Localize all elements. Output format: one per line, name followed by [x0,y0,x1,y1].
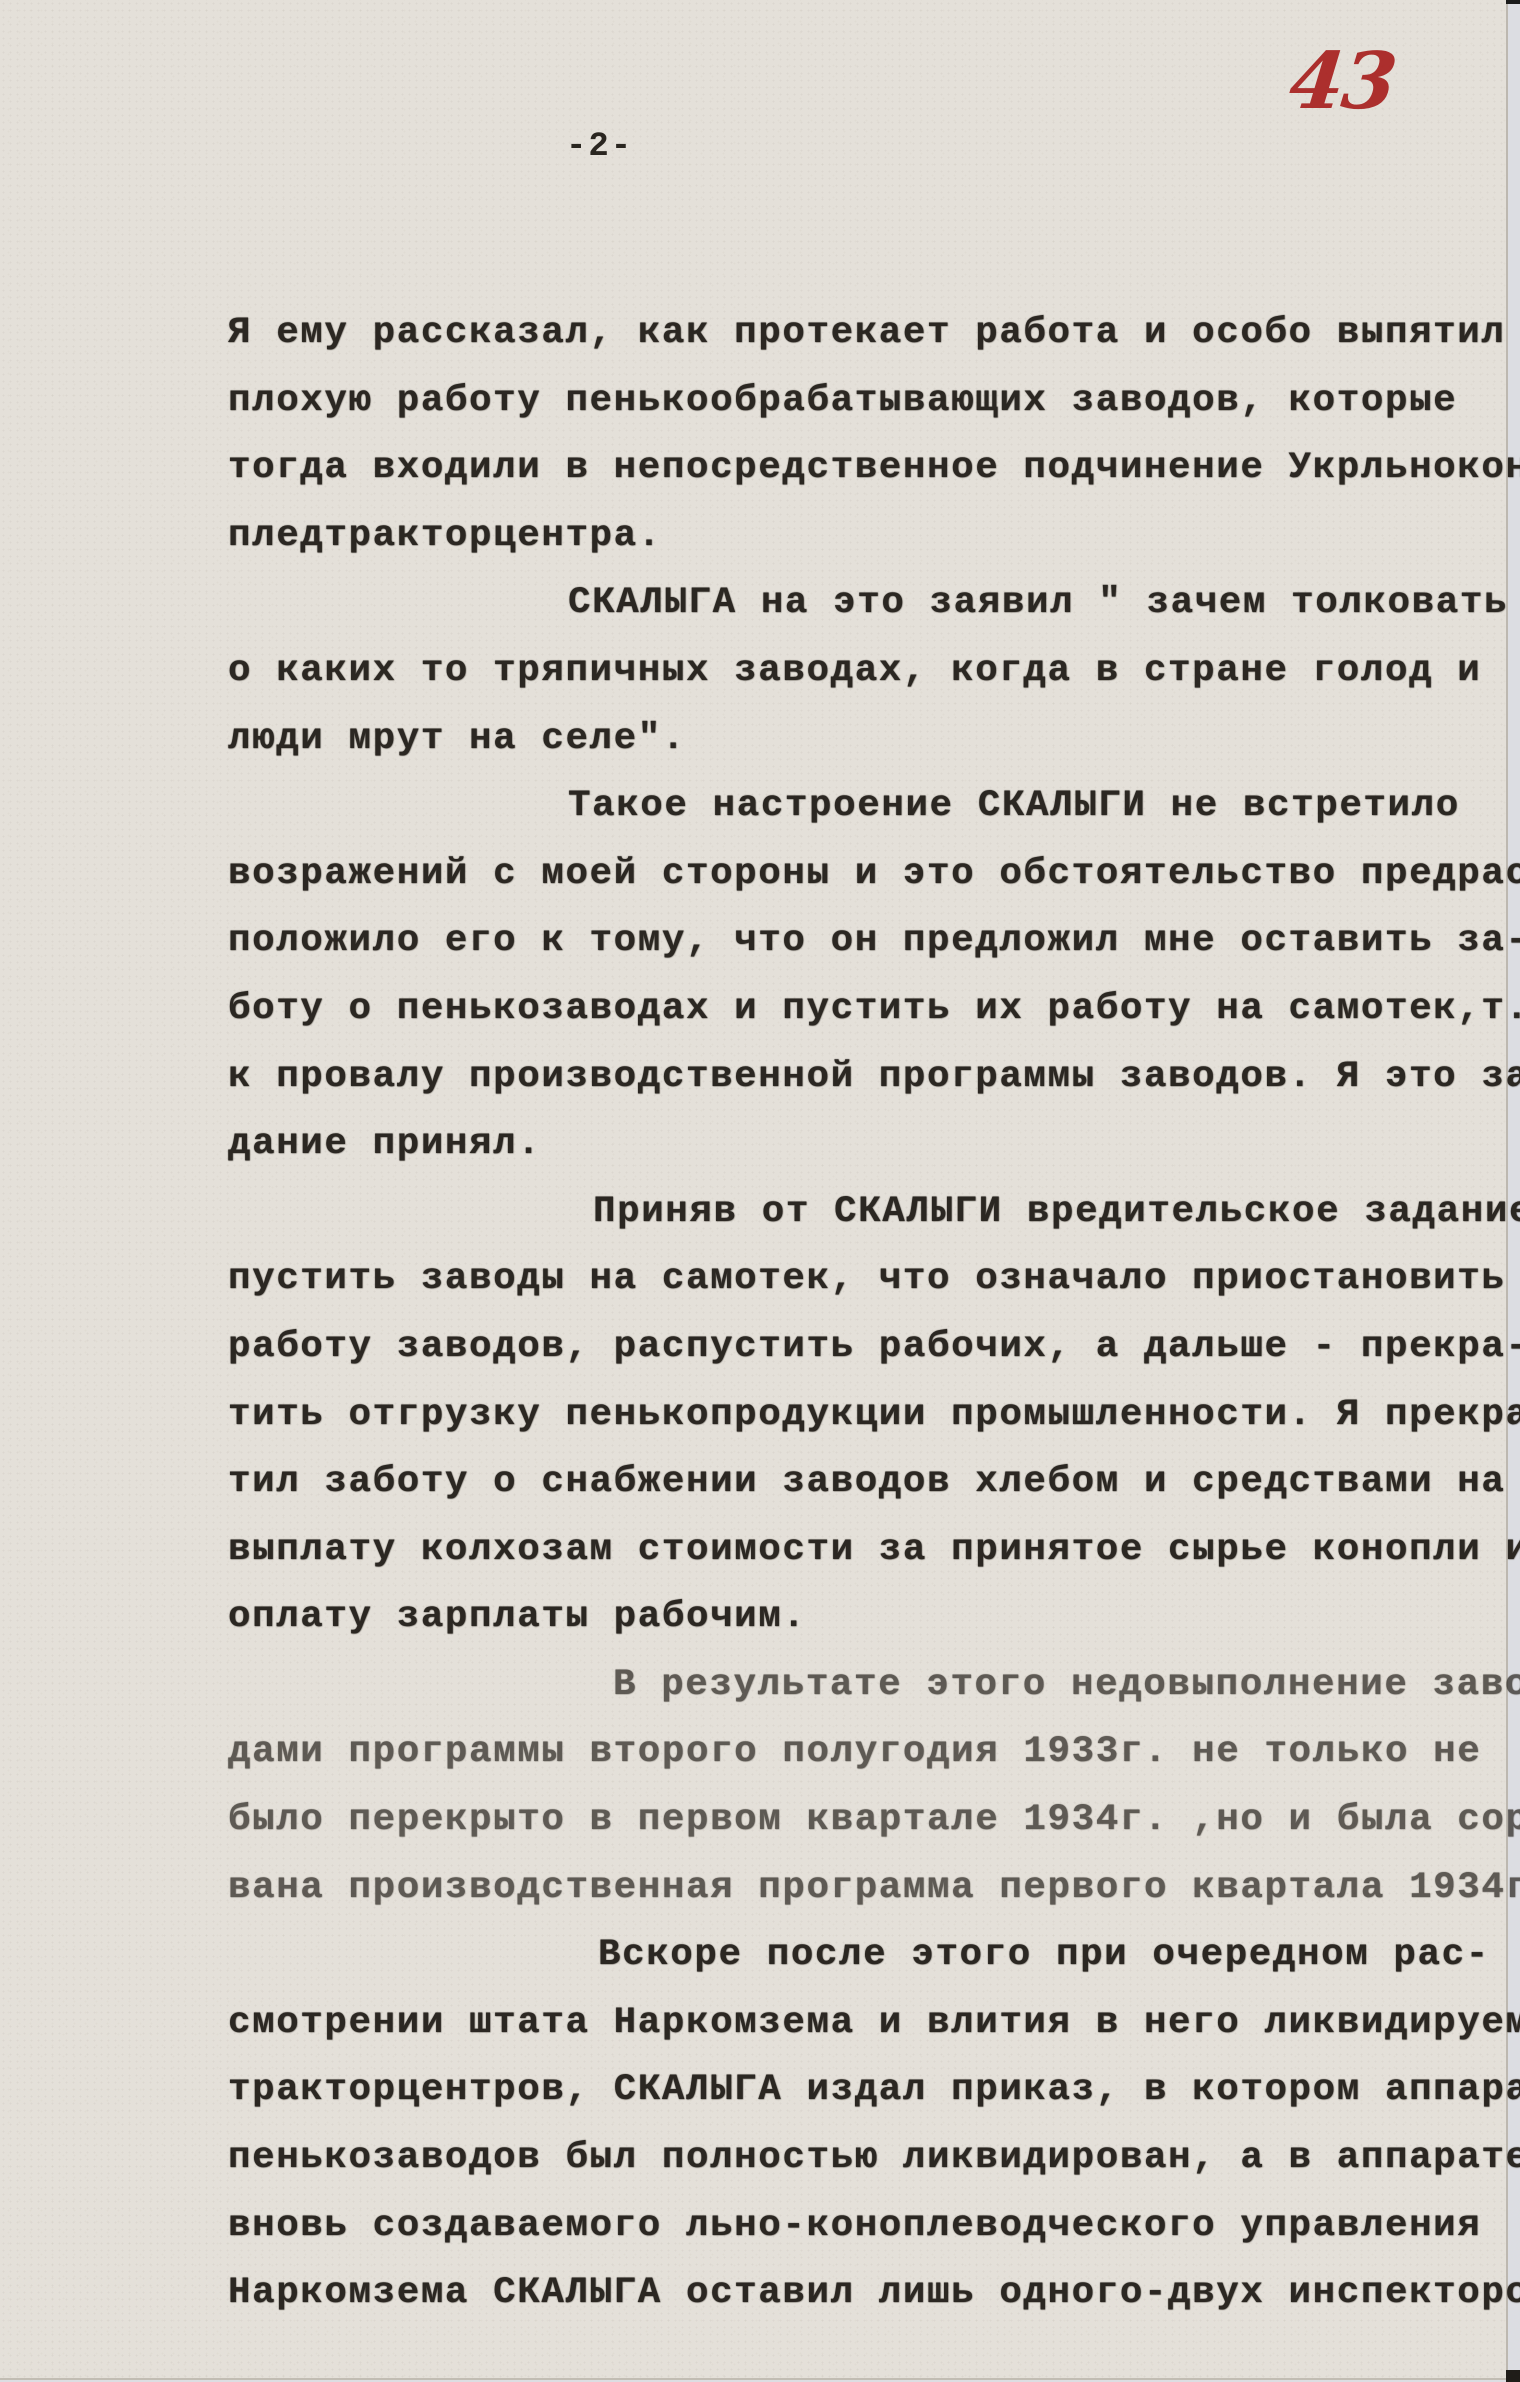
text-line: пледтракторцентра. [228,503,1508,571]
text-line: возражений с моей стороны и это обстояте… [228,841,1508,909]
text-line: было перекрыто в первом квартале 1934г. … [228,1787,1508,1855]
text-line: плохую работу пенькообрабатывающих завод… [228,368,1508,436]
text-line: смотрении штата Наркомзема и влития в не… [228,1990,1508,2058]
paper-sheet: 43 -2- Я ему рассказал, как протекает ра… [0,0,1508,2380]
text-line: о каких то тряпичных заводах, когда в ст… [228,638,1508,706]
paragraph: СКАЛЫГА на это заявил " зачем толковать … [228,570,1508,773]
text-line: СКАЛЫГА на это заявил " зачем толковать [228,570,1508,638]
text-line: тить отгрузку пенькопродукции промышленн… [228,1382,1508,1450]
text-line: тракторцентров, СКАЛЫГА издал приказ, в … [228,2057,1508,2125]
text-line: дами программы второго полугодия 1933г. … [228,1719,1508,1787]
text-line: к провалу производственной программы зав… [228,1044,1508,1112]
page-number: -2- [566,128,633,166]
text-line: Вскоре после этого при очередном рас- [228,1922,1508,1990]
scan-border-top [1506,0,1520,4]
text-line: оплату зарплаты рабочим. [228,1584,1508,1652]
text-line: Приняв от СКАЛЫГИ вредительское задание [228,1179,1508,1247]
paragraph: В результате этого недовыполнение заво- … [228,1652,1508,1922]
text-line: вана производственная программа первого … [228,1855,1508,1923]
text-line: тогда входили в непосредственное подчине… [228,435,1508,503]
paragraph: Вскоре после этого при очередном рас- см… [228,1922,1508,2328]
text-line: люди мрут на селе". [228,706,1508,774]
paragraph: Я ему рассказал, как протекает работа и … [228,300,1508,570]
text-line: Наркомзема СКАЛЫГА оставил лишь одного-д… [228,2260,1508,2328]
typewritten-body: Я ему рассказал, как протекает работа и … [228,300,1508,2328]
text-line: выплату колхозам стоимости за принятое с… [228,1517,1508,1585]
text-line: Такое настроение СКАЛЫГИ не встретило [228,773,1508,841]
text-line: дание принял. [228,1111,1508,1179]
text-line: работу заводов, распустить рабочих, а да… [228,1314,1508,1382]
scanned-page: 43 -2- Я ему рассказал, как протекает ра… [0,0,1520,2382]
text-line: положило его к тому, что он предложил мн… [228,908,1508,976]
paragraph: Приняв от СКАЛЫГИ вредительское задание … [228,1179,1508,1652]
text-line: пустить заводы на самотек, что означало … [228,1246,1508,1314]
scan-border-bottom [1506,2370,1520,2382]
folio-number: 43 [1285,36,1399,127]
text-line: Я ему рассказал, как протекает работа и … [228,300,1508,368]
text-line: пенькозаводов был полностью ликвидирован… [228,2125,1508,2193]
paragraph: Такое настроение СКАЛЫГИ не встретило во… [228,773,1508,1179]
text-line: боту о пенькозаводах и пустить их работу… [228,976,1508,1044]
text-line: В результате этого недовыполнение заво- [228,1652,1508,1720]
text-line: тил заботу о снабжении заводов хлебом и … [228,1449,1508,1517]
text-line: вновь создаваемого льно-коноплеводческог… [228,2193,1508,2261]
